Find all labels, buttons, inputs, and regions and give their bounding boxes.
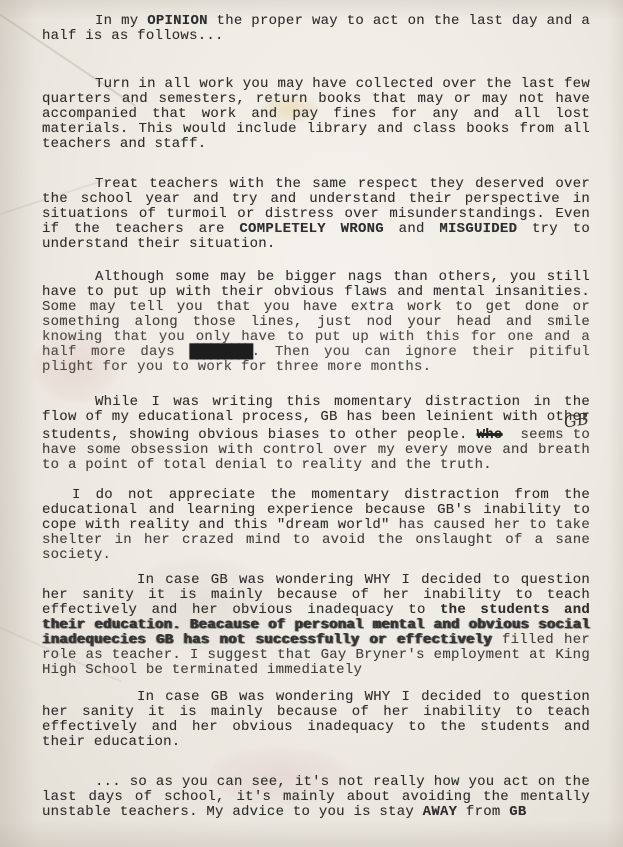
text-run: Although some may be bigger nags than ot… xyxy=(42,269,590,300)
bold-run: MISGUIDED xyxy=(439,221,517,237)
paragraph-opinion-intro: In my OPINION the proper way to act on t… xyxy=(42,14,590,44)
paper-shadow-left xyxy=(0,0,38,847)
redacted-scribble: █████████ xyxy=(190,344,252,360)
bold-run: GB xyxy=(509,804,526,820)
paper-shadow-bottom xyxy=(0,821,623,847)
bold-run: COMPLETELY WRONG xyxy=(239,221,384,237)
text-run: and xyxy=(384,221,439,237)
text-run: In case GB was wondering WHY I decided t… xyxy=(42,689,590,750)
paper-shadow-right xyxy=(607,0,623,847)
text-run: Turn in all work you may have collected … xyxy=(42,76,590,152)
faded-text-run: Some may tell you that you have extra wo… xyxy=(42,299,590,330)
bold-run: AWAY xyxy=(423,804,458,820)
document-page: In my OPINION the proper way to act on t… xyxy=(0,0,623,847)
paragraph-bigger-nags: Although some may be bigger nags than ot… xyxy=(42,270,590,375)
text-run xyxy=(503,427,512,443)
bold-run: OPINION xyxy=(147,13,208,29)
struck-out-word: Who xyxy=(477,427,503,443)
text-run: In my xyxy=(95,13,147,29)
letter-body: In my OPINION the proper way to act on t… xyxy=(42,14,590,820)
paragraph-turn-in-work: Turn in all work you may have collected … xyxy=(42,77,590,152)
paragraph-momentary-distraction: I do not appreciate the momentary distra… xyxy=(42,488,590,563)
text-run: from xyxy=(457,804,509,820)
paragraph-in-case-overstruck: In case GB was wondering WHY I decided t… xyxy=(42,573,590,678)
paragraph-treat-teachers: Treat teachers with the same respect the… xyxy=(42,177,590,252)
paragraph-while-writing: While I was writing this momentary distr… xyxy=(42,395,590,473)
paragraph-in-case-clean: In case GB was wondering WHY I decided t… xyxy=(42,690,590,750)
bold-run: the students and xyxy=(440,602,590,618)
paragraph-closing-advice: ... so as you can see, it's not really h… xyxy=(42,775,590,820)
